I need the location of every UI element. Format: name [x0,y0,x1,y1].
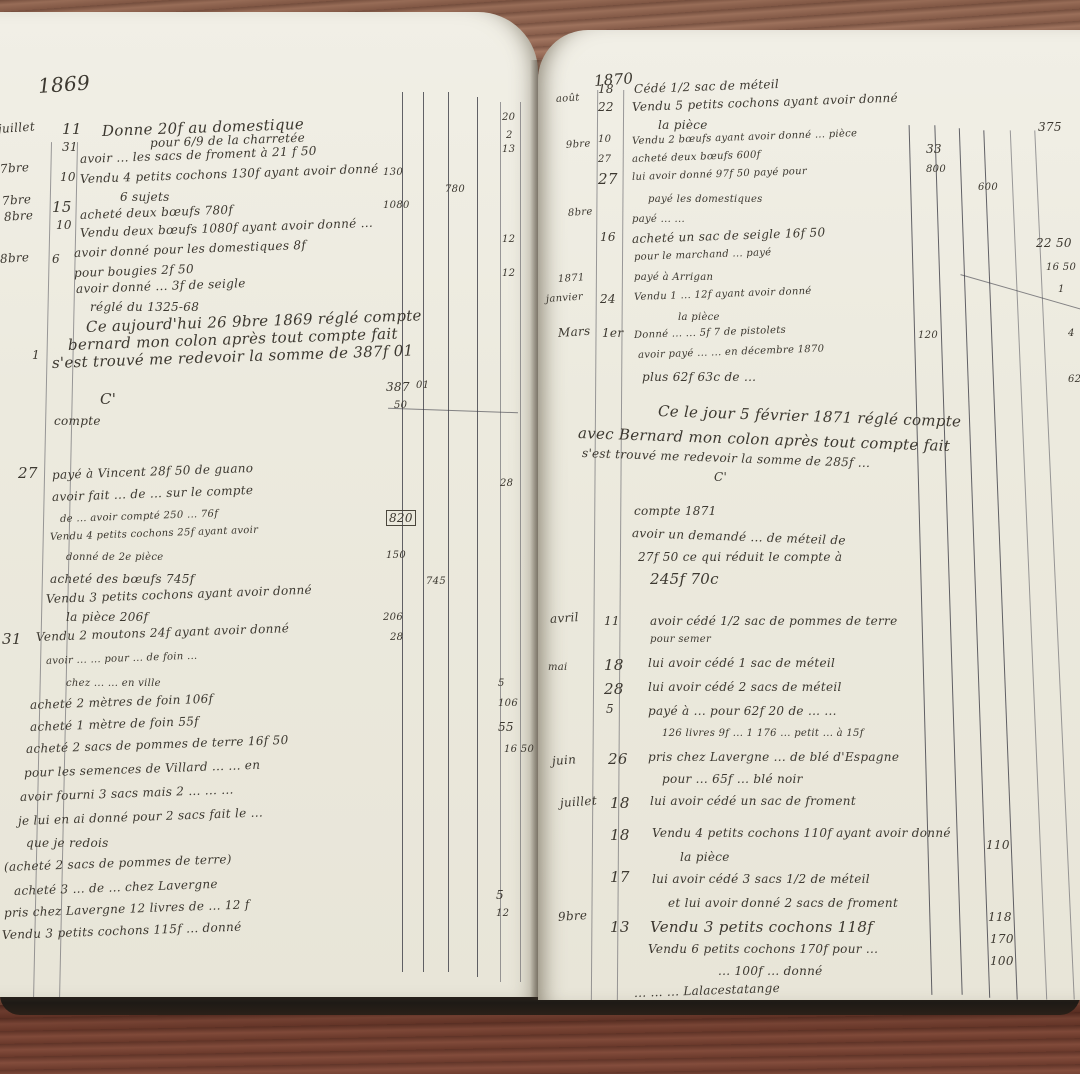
amount: 12 [496,908,509,919]
day-number: 31 [62,140,78,154]
year-heading: 1869 [37,70,91,98]
ledger-entry: Vendu 3 petits cochons 115f ... donné [2,920,242,942]
amount: 150 [386,550,406,561]
ledger-entry: 27f 50 ce qui réduit le compte à [638,550,842,564]
amount: 28 [390,632,403,643]
boxed-amount: 820 [386,510,416,526]
ledger-left-page: 1869 juillet 7bre 7bre 8bre 8bre 11 31 1… [0,12,538,997]
ledger-entry: la pièce [680,850,730,864]
day-number: 28 [604,680,624,698]
ledger-entry: payé ... ... [632,214,685,225]
ledger-entry: payé à Arrigan [634,272,713,283]
day-number: 17 [610,868,630,886]
ledger-entry: Cédé 1/2 sac de méteil [634,77,780,96]
ledger-entry: pour le marchand ... payé [634,247,772,263]
ledger-entry: Donné ... ... 5f 7 de pistolets [634,325,786,341]
ledger-entry: C' [100,390,116,408]
ledger-entry: avoir fourni 3 sacs mais 2 ... ... ... [20,783,234,804]
ledger-entry: chez ... ... en ville [66,678,161,689]
ledger-entry: que je redois [26,836,109,850]
ledger-entry: acheté un sac de seigle 16f 50 [632,225,826,246]
amount: 50 [394,400,407,411]
day-number: 31 [2,630,22,648]
amount: 12 [502,268,515,279]
ledger-entry: la pièce 206f [66,610,148,624]
amount: 375 [1038,120,1062,134]
ledger-entry: ... 100f ... donné [718,964,823,978]
day-number: 5 [606,702,614,716]
day-number: 11 [604,614,620,628]
ledger-entry: acheté 3 ... de ... chez Lavergne [14,877,218,898]
ledger-entry: 126 livres 9f ... 1 176 ... petit ... à … [662,728,864,739]
day-number: 22 [598,100,614,114]
ledger-entry: pris chez Lavergne ... de blé d'Espagne [648,750,899,764]
ledger-entry: acheté des bœufs 745f [50,572,195,586]
day-number: 24 [600,292,616,306]
month-label: 7bre [0,160,30,176]
amount: 110 [986,838,1010,852]
amount: 5 [496,888,504,902]
day-number: 18 [610,794,630,812]
ledger-entry: pour bougies 2f 50 [74,262,194,280]
month-label: juillet [560,793,598,810]
day-number: 1er [602,326,623,340]
amount-rule-1 [402,92,403,972]
ledger-entry: compte 1871 [634,504,717,518]
amount: 16 50 [1046,262,1076,273]
day-number: 27 [598,154,611,165]
ledger-entry: je lui en ai donné pour 2 sacs fait le .… [18,805,263,828]
amount-rule-2 [934,125,962,995]
day-number: 18 [604,656,624,674]
month-label: 7bre [2,192,32,208]
margin-rule [591,90,598,1000]
month-label: 8bre [4,208,34,224]
ledger-entry: payé les domestiques [648,194,763,205]
amount-rule-3 [448,92,449,972]
balance-amount: 387 [386,380,410,394]
ledger-entry: de ... avoir compté 250 ... 76f [60,508,219,525]
ledger-entry: Vendu 6 petits cochons 170f pour ... [648,942,878,956]
amount: 780 [445,184,465,195]
ledger-entry: avoir un demandé ... de méteil de [632,526,846,547]
amount: 600 [978,182,998,193]
amount: 5 [498,678,505,689]
ledger-entry: avoir donné pour les domestiques 8f [74,238,307,260]
day-number: 16 [600,230,616,244]
amount-rule-5 [1010,130,1047,999]
day-number: 18 [598,82,614,96]
ledger-entry: avoir cédé 1/2 sac de pommes de terre [650,614,897,628]
day-number: 10 [598,134,611,145]
amount: 20 [502,112,515,123]
amount: 106 [498,698,518,709]
amount: 800 [926,164,946,175]
amount: 206 [383,612,403,623]
ledger-entry: acheté 2 mètres de foin 106f [30,692,214,712]
amount: 33 [926,142,942,156]
ledger-entry: Vendu 3 petits cochons 118f [650,918,873,936]
day-number: 13 [610,918,630,936]
amount-rule-6 [520,102,521,982]
day-number: 1 [32,348,40,362]
ledger-entry: acheté 1 mètre de foin 55f [30,714,199,734]
amount: 118 [988,910,1012,924]
ledger-entry: (acheté 2 sacs de pommes de terre) [4,852,232,874]
month-label: mai [548,662,568,673]
month-label: janvier [546,291,584,305]
month-label: 8bre [0,250,30,266]
amount: 100 [990,954,1014,968]
ledger-entry: pour semer [650,634,711,645]
amount-rule-3 [959,128,990,998]
ledger-entry: la pièce [658,118,708,132]
day-rule [617,90,624,1000]
month-label: 9bre [558,908,588,924]
balance-cents: 01 [416,380,429,391]
ledger-entry: lui avoir donné 97f 50 payé pour [632,166,807,183]
day-number: 10 [60,170,76,184]
amount: 12 [502,234,515,245]
ledger-entry: pour ... 65f ... blé noir [662,772,803,786]
ledger-entry: réglé du 1325-68 [90,300,199,314]
ledger-entry: avoir ... les sacs de froment à 21 f 50 [80,144,317,166]
amount: 1080 [383,200,410,211]
amount-rule-4 [983,130,1017,999]
ledger-entry: donné de 2e pièce [66,552,164,563]
ledger-entry: Vendu 4 petits cochons 110f ayant avoir … [652,826,951,840]
ledger-entry: avoir donné ... 3f de seigle [76,276,246,296]
ledger-entry: payé à Vincent 28f 50 de guano [52,461,254,482]
amount-rule-2 [423,92,424,972]
day-number: 6 [52,252,60,266]
day-number: 26 [608,750,628,768]
amount: 13 [502,144,515,155]
ledger-entry: Vendu 3 petits cochons ayant avoir donné [46,583,312,606]
amount: 55 [498,720,514,734]
day-number: 27 [18,464,38,482]
day-number: 10 [56,218,72,232]
ledger-entry: lui avoir cédé 2 sacs de méteil [648,680,842,694]
amount: 170 [990,932,1014,946]
ledger-entry: avoir payé ... ... en décembre 1870 [638,343,825,360]
amount: 1 [1058,284,1065,295]
ledger-entry: compte [54,414,101,428]
month-label: août [556,92,580,105]
amount: 4 [1068,328,1075,339]
ledger-entry: plus 62f 63c de ... [642,370,756,384]
ledger-entry: pour les semences de Villard ... ... en [24,758,261,780]
amount-rule-4 [477,97,478,977]
month-label: 9bre [566,138,591,151]
amount: 22 50 [1036,236,1072,250]
amount: 120 [918,330,938,341]
month-label: avril [550,610,580,626]
day-number: 15 [52,198,72,216]
day-number: 18 [610,826,630,844]
ledger-entry: lui avoir cédé 1 sac de méteil [648,656,835,670]
ledger-entry: ... ... ... Lalacestatange [634,981,781,1000]
balance-underline [388,408,518,414]
ledger-entry: avoir ... ... pour ... de foin ... [46,651,198,667]
ledger-entry: pris chez Lavergne 12 livres de ... 12 f [4,897,250,920]
day-number: 27 [598,170,618,188]
ledger-entry: Vendu 4 petits cochons 25f ayant avoir [50,525,259,543]
day-number: 11 [62,120,82,138]
ledger-entry: Vendu 2 moutons 24f ayant avoir donné [36,621,290,644]
wooden-table-bottom [0,1005,1080,1074]
ledger-entry: lui avoir cédé un sac de froment [650,794,856,808]
month-label: Mars [558,324,591,340]
ledger-entry: payé à ... pour 62f 20 de ... ... [648,704,837,718]
ledger-entry: avoir fait ... de ... sur le compte [52,483,254,504]
ledger-right-page: 1870 août 9bre 8bre 1871 janvier Mars av… [538,30,1080,1000]
amount: 745 [426,576,446,587]
month-label: juin [552,752,577,768]
ledger-entry: acheté deux bœufs 780f [80,203,234,222]
ledger-entry: C' [714,470,727,484]
amount: 130 [383,167,403,178]
month-label: juillet [0,119,35,136]
amount-rule-1 [909,125,933,995]
month-label: 8bre [568,206,593,219]
amount: 62 [1068,374,1080,385]
ledger-entry: 6 sujets [120,190,170,204]
amount: 28 [500,478,513,489]
ledger-entry: lui avoir cédé 3 sacs 1/2 de méteil [652,872,870,886]
amount-rule-5 [500,102,501,982]
month-label: 1871 [558,272,585,285]
ledger-entry: et lui avoir donné 2 sacs de froment [668,896,898,910]
ledger-entry: Vendu 1 ... 12f ayant avoir donné [634,286,812,303]
ledger-entry: la pièce [678,312,720,323]
ledger-entry: acheté deux bœufs 600f [632,150,761,165]
amount: 2 [506,130,513,141]
ledger-entry: Vendu 4 petits cochons 130f ayant avoir … [80,162,379,186]
ledger-entry: 245f 70c [650,570,719,588]
